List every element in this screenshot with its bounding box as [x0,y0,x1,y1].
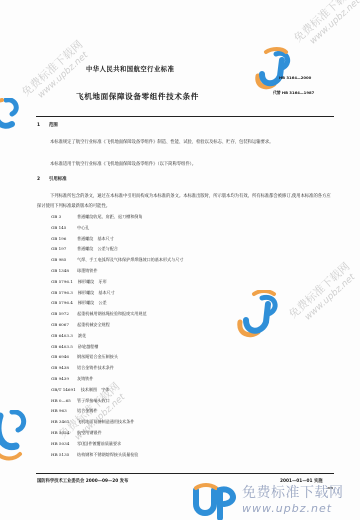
list-item: GB 6403.3滚花 [51,333,183,344]
issuing-organization: 中华人民共和国航空行业标准 [86,64,174,73]
scope-paragraph: 本标准适用于航空行业标准《飞机地面保障设备零组件》（以下简称零组件）。 [37,160,333,170]
brand-name: 免费标准下载网 [242,482,344,502]
list-item: GB 6067起重机械安全规程 [51,322,183,333]
list-item: GB 196普通螺纹 基本尺寸 [51,236,183,247]
watermark-text: 免费标准下载网 www.upbz.net [290,0,360,53]
document-title: 飞机地面保障设备零组件技术条件 [76,91,199,102]
list-item: GB 6946钢丝绳铝合金压制接头 [51,354,183,365]
references-intro: 下列标准所包含的条文，通过在本标准中引用而构成为本标准的条文。本标准出版时，所示… [37,192,333,212]
list-item: HB 0—65管子焊接端头收口 [51,398,183,409]
list-item: HB 3461飞机地面设备制造通用技术条件 [51,419,183,430]
standard-code: HB 3164—2000 [279,75,311,80]
up-logo-icon [192,482,240,520]
list-item: GB 145中心孔 [51,225,183,236]
up-logo-icon [236,290,280,340]
list-item: GB/T 14691技术制图 字体 [51,387,183,398]
reference-list: GB 3普通螺纹收尾、肩距、退刀槽和倒角 GB 145中心孔 GB 196普通螺… [51,214,183,462]
list-item: GB 9438铝合金铸件技术条件 [51,365,183,376]
list-item: GB 5972起重机械用钢丝绳检验和报废实用规范 [51,311,183,322]
list-item: GB 5796.4梯形螺纹 公差 [51,300,183,311]
up-logo-icon [0,98,22,138]
footer-divider [36,473,334,474]
list-item: GB 5796.1梯形螺纹 牙形 [51,279,183,290]
list-item: HB 5024航空用钢锻件 [51,430,183,441]
brand-url: www.upbz.net [242,502,332,515]
section-heading-references: 2引用标准 [37,176,67,182]
site-brand-watermark: 免费标准下载网 www.upbz.net [192,482,360,520]
header-divider [36,116,334,117]
list-item: GB 9439灰铸铁件 [51,376,183,387]
list-item: HB 5135结构钢和不锈钢熔焊接头质量检验 [51,452,183,463]
list-item: GB 3普通螺纹收尾、肩距、退刀槽和倒角 [51,214,183,225]
scope-paragraph: 本标准规定了航空行业标准《飞机地面保障设备零组件》制造、性能、试验、检验以及标志… [37,138,333,148]
list-item: GB 1348球墨铸铁件 [51,268,183,279]
up-logo-icon [0,410,28,462]
list-item: GB 6403.5砂轮越程槽 [51,344,183,355]
list-item: GB 985气焊、手工电弧焊及气体保护焊焊缝坡口的基本形式与尺寸 [51,257,183,268]
section-heading-scope: 1范围 [37,122,58,128]
list-item: HB 963铝合金铸件 [51,408,183,419]
list-item: GB 197普通螺纹 公差与配合 [51,246,183,257]
document-page: 免费标准下载网 www.upbz.net 免费标准下载网 www.upbz.ne… [0,0,360,520]
up-logo-icon [252,46,292,92]
list-item: GB 5796.3梯形螺纹 基本尺寸 [51,290,183,301]
replaces-standard: 代替 HB 3164—1987 [273,90,314,96]
list-item: HB 5034零(组)件镀覆前质量要求 [51,441,183,452]
watermark-text: 免费标准下载网 www.upbz.net [285,258,360,329]
issue-date: 国防科学技术工业委员会 2000—09—20 发布 [37,478,128,484]
